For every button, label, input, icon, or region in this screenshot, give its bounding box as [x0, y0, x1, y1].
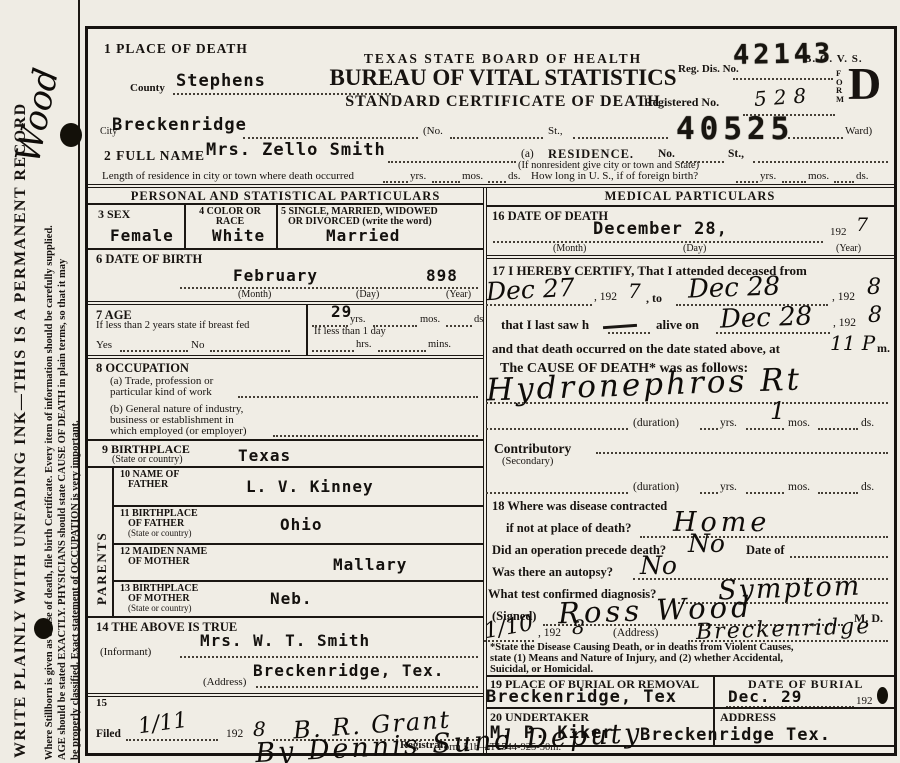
informant-address-value: Breckenridge, Tex. [253, 661, 444, 680]
father-birthplace-value: Ohio [280, 515, 323, 534]
state-country-caption: (State or country) [112, 454, 183, 465]
rule [112, 543, 483, 545]
mos-label: mos. [808, 170, 829, 182]
residence-a-label: (a) [521, 148, 534, 160]
full-name-label: 2 FULL NAME [104, 148, 205, 164]
hrs-label: hrs. [356, 339, 371, 350]
ds-label: ds. [861, 481, 874, 493]
dotted-leader [126, 738, 218, 741]
month-caption: (Month) [238, 289, 271, 300]
county-label: County [130, 82, 165, 94]
mins-label: mins. [428, 339, 451, 350]
dotted-leader [486, 427, 628, 430]
day-caption: (Day) [356, 289, 379, 300]
dotted-leader [746, 427, 784, 430]
section-divider [88, 301, 483, 305]
footnote-line2: state (1) Means and Nature of Injury, an… [490, 653, 783, 664]
undertaker-address-value: Breckenridge Tex. [640, 725, 831, 745]
informant-value: Mrs. W. T. Smith [200, 631, 370, 650]
rule [486, 205, 894, 207]
ds-label: ds. [856, 170, 869, 182]
dotted-leader [256, 685, 478, 688]
parents-side-label: PARENTS [94, 531, 110, 605]
autopsy-answer: No [640, 551, 677, 580]
dotted-leader [573, 136, 668, 139]
no-paren-label: (No. [423, 125, 443, 137]
death-time-value: 11 P [830, 331, 875, 355]
occupation-b-line3: which employed (or employer) [110, 425, 247, 437]
undertaker-address-label: ADDRESS [720, 710, 776, 725]
yrs-label: yrs. [350, 314, 365, 325]
rule [88, 248, 483, 250]
address-caption: (Address) [613, 627, 658, 639]
no-label: No [191, 339, 204, 351]
c192-label: , 192 [594, 291, 617, 303]
item-15-label: 15 [96, 697, 107, 709]
last-saw-year: 8 [868, 303, 882, 328]
mother-maiden-label2: OF MOTHER [128, 556, 190, 567]
ink-blot [60, 123, 82, 147]
dotted-leader [596, 451, 888, 454]
dotted-leader [733, 77, 833, 80]
section-divider [486, 255, 894, 259]
father-name-value: L. V. Kinney [246, 477, 374, 496]
length-residence-label: Length of residence in city or town wher… [102, 170, 354, 182]
parents-strip-divider [112, 466, 114, 616]
margin-warning-main: WRITE PLAINLY WITH UNFADING INK—THIS IS … [12, 102, 30, 758]
column-divider [483, 187, 487, 753]
dotted-leader [210, 349, 290, 352]
registered-no-value: 528 [753, 83, 814, 111]
dotted-leader [736, 180, 758, 183]
footnote-line1: *State the Disease Causing Death, or in … [490, 642, 794, 653]
dotted-leader [238, 395, 478, 398]
footnote-line3: Suicidal, or Homicidal. [490, 664, 593, 675]
reg-district-label: Reg. Dis. No. [678, 63, 739, 75]
form-word-vertical: FORM [836, 69, 846, 103]
autopsy-label: Was there an autopsy? [492, 565, 613, 580]
attended-from-year: 7 [628, 279, 641, 303]
dotted-leader [700, 427, 718, 430]
date-of-death-value: December 28, [593, 219, 728, 239]
residence-st-label: St., [728, 148, 744, 160]
dotted-leader [432, 180, 460, 183]
attended-to-year: 8 [867, 275, 881, 300]
dob-month-value: February [233, 266, 318, 285]
dotted-leader [782, 180, 806, 183]
contributory-label: Contributory [494, 441, 571, 457]
sex-value: Female [110, 226, 174, 245]
org-line-2: BUREAU OF VITAL STATISTICS [273, 65, 733, 91]
rule [88, 466, 483, 468]
margin-note-3: be properly classified. Exact statement … [70, 420, 81, 760]
dotted-leader [716, 331, 830, 334]
dotted-leader [273, 434, 478, 437]
certificate-page: 1 PLACE OF DEATH County Stephens TEXAS S… [85, 26, 897, 756]
attended-from-value: Dec 27 [485, 273, 575, 307]
to-label: , to [646, 291, 662, 306]
mother-birthplace-value: Neb. [270, 589, 313, 608]
mos-label: mos. [788, 481, 810, 493]
ink-strike [603, 324, 637, 329]
breast-fed-note: If less than 2 years state if breast fed [96, 320, 249, 331]
dotted-leader [378, 349, 426, 352]
year-caption: (Year) [836, 243, 861, 254]
dod-192-label: 192 [830, 226, 847, 238]
dotted-leader [753, 160, 888, 163]
yrs-label: yrs. [760, 170, 776, 182]
cell-divider [276, 203, 278, 248]
informant-caption: (Informant) [100, 646, 151, 658]
dod-year-digit: 7 [856, 214, 868, 236]
dotted-leader [388, 160, 516, 163]
dotted-leader [486, 401, 888, 404]
ink-blot [877, 687, 888, 704]
dotted-leader [790, 555, 888, 558]
city-value: Breckenridge [112, 115, 247, 135]
dotted-leader [383, 180, 408, 183]
medical-title: MEDICAL PARTICULARS [486, 189, 894, 204]
rule [112, 580, 483, 582]
death-occurred-label: and that death occurred on the date stat… [492, 341, 780, 357]
ds-label: ds [474, 314, 483, 325]
c192-label: , 192 [538, 627, 561, 639]
address-caption: (Address) [203, 676, 246, 688]
yrs-label: yrs. [410, 170, 426, 182]
rule [88, 616, 483, 618]
rule [112, 505, 483, 507]
burial-date-value: Dec. 29 [728, 687, 802, 706]
dotted-leader [312, 349, 354, 352]
m-label: m. [877, 341, 890, 356]
dotted-leader [788, 136, 843, 139]
rule [486, 707, 894, 709]
operation-answer: No [688, 529, 725, 558]
last-saw-label: that I last saw h [501, 317, 589, 333]
marital-value: Married [326, 226, 400, 245]
mos-label: mos. [788, 417, 810, 429]
color-value: White [212, 226, 265, 245]
dob-label: 6 DATE OF BIRTH [96, 252, 202, 267]
section-divider [88, 355, 483, 359]
attended-to-value: Dec 28 [688, 271, 781, 304]
secondary-caption: (Secondary) [502, 456, 553, 467]
ink-blot [34, 618, 53, 639]
father-birthplace-caption: (State or country) [128, 528, 191, 538]
place-of-death-label: 1 PLACE OF DEATH [104, 41, 248, 57]
ward-label: Ward) [845, 125, 872, 137]
day-caption: (Day) [683, 243, 706, 254]
dotted-leader [446, 324, 472, 327]
margin-note-2: AGE should be stated EXACTLY. PHYSICIANS… [57, 259, 68, 760]
dotted-leader [608, 331, 650, 334]
signed-year-digit: 8 [572, 615, 585, 639]
cell-divider [713, 675, 715, 707]
sex-label: 3 SEX [98, 207, 130, 222]
dotted-leader [180, 655, 478, 658]
dob-year-value: 898 [426, 266, 458, 285]
dotted-leader [818, 427, 858, 430]
filed-date-value: 1/11 [137, 708, 189, 740]
scanned-death-certificate: { "margin": { "handwriting_top": "Wood",… [0, 0, 900, 763]
filed-label: Filed [96, 728, 121, 740]
c192-label: , 192 [833, 317, 856, 329]
registered-no-label: Registered No. [644, 95, 719, 110]
date-of-death-label: 16 DATE OF DEATH [492, 209, 608, 224]
ds-label: ds. [861, 417, 874, 429]
yes-label: Yes [96, 339, 112, 351]
mos-label: mos. [420, 314, 440, 325]
form-letter: D [848, 57, 881, 110]
file-number-stamp: 40525 [676, 111, 794, 147]
mos-label: mos. [462, 170, 483, 182]
last-saw-date: Dec 28 [720, 301, 813, 334]
dotted-leader [493, 240, 823, 243]
dotted-leader [450, 136, 543, 139]
rule [88, 203, 483, 205]
dotted-leader [818, 491, 858, 494]
how-long-label: How long in U. S., if of foreign birth? [531, 170, 698, 182]
ds-label: ds. [508, 170, 521, 182]
yrs-label: yrs. [720, 417, 737, 429]
burial-place-value: Breckenridge, Tex [486, 687, 677, 707]
dotted-leader [120, 349, 188, 352]
dotted-leader [486, 303, 592, 306]
alive-on-label: alive on [656, 317, 699, 333]
disease-contracted-label: 18 Where was disease contracted [492, 499, 667, 514]
dotted-leader [834, 180, 854, 183]
year-caption: (Year) [446, 289, 471, 300]
father-name-label2: FATHER [128, 479, 168, 490]
duration-caption: (duration) [633, 417, 679, 429]
dotted-leader [700, 491, 718, 494]
yrs-label: yrs. [720, 481, 737, 493]
cause-duration-value: 1 [770, 397, 785, 425]
date-of-label: Date of [746, 543, 785, 558]
st-label: St., [548, 125, 563, 137]
duration-caption: (duration) [633, 481, 679, 493]
margin-note-1: Where Stillborn is given as cause of dea… [44, 225, 55, 760]
less-than-day-note: If less than 1 day [314, 326, 386, 337]
rule [88, 439, 483, 441]
burial-192-label: 192 [856, 695, 873, 707]
county-value: Stephens [176, 71, 266, 91]
personal-title: PERSONAL AND STATISTICAL PARTICULARS [88, 189, 483, 204]
header-divider [88, 184, 894, 188]
occupation-a-line2: particular kind of work [110, 386, 212, 398]
occupation-label: 8 OCCUPATION [96, 361, 189, 376]
full-name-value: Mrs. Zello Smith [206, 140, 386, 160]
month-caption: (Month) [553, 243, 586, 254]
dotted-leader [243, 136, 418, 139]
org-line-3: STANDARD CERTIFICATE OF DEATH [303, 93, 703, 111]
dotted-leader [486, 491, 628, 494]
mother-maiden-value: Mallary [333, 555, 407, 574]
residence-no-label: No. [658, 148, 675, 160]
birthplace-value: Texas [238, 446, 291, 465]
not-at-place-label: if not at place of death? [506, 521, 631, 536]
filed-192-label: 192 [226, 728, 243, 740]
mother-birthplace-caption: (State or country) [128, 603, 191, 613]
cell-divider [306, 305, 308, 355]
dotted-leader [180, 286, 478, 289]
dotted-leader [488, 180, 506, 183]
c192-label: , 192 [832, 291, 855, 303]
dotted-leader [746, 491, 784, 494]
section-divider [88, 693, 483, 697]
